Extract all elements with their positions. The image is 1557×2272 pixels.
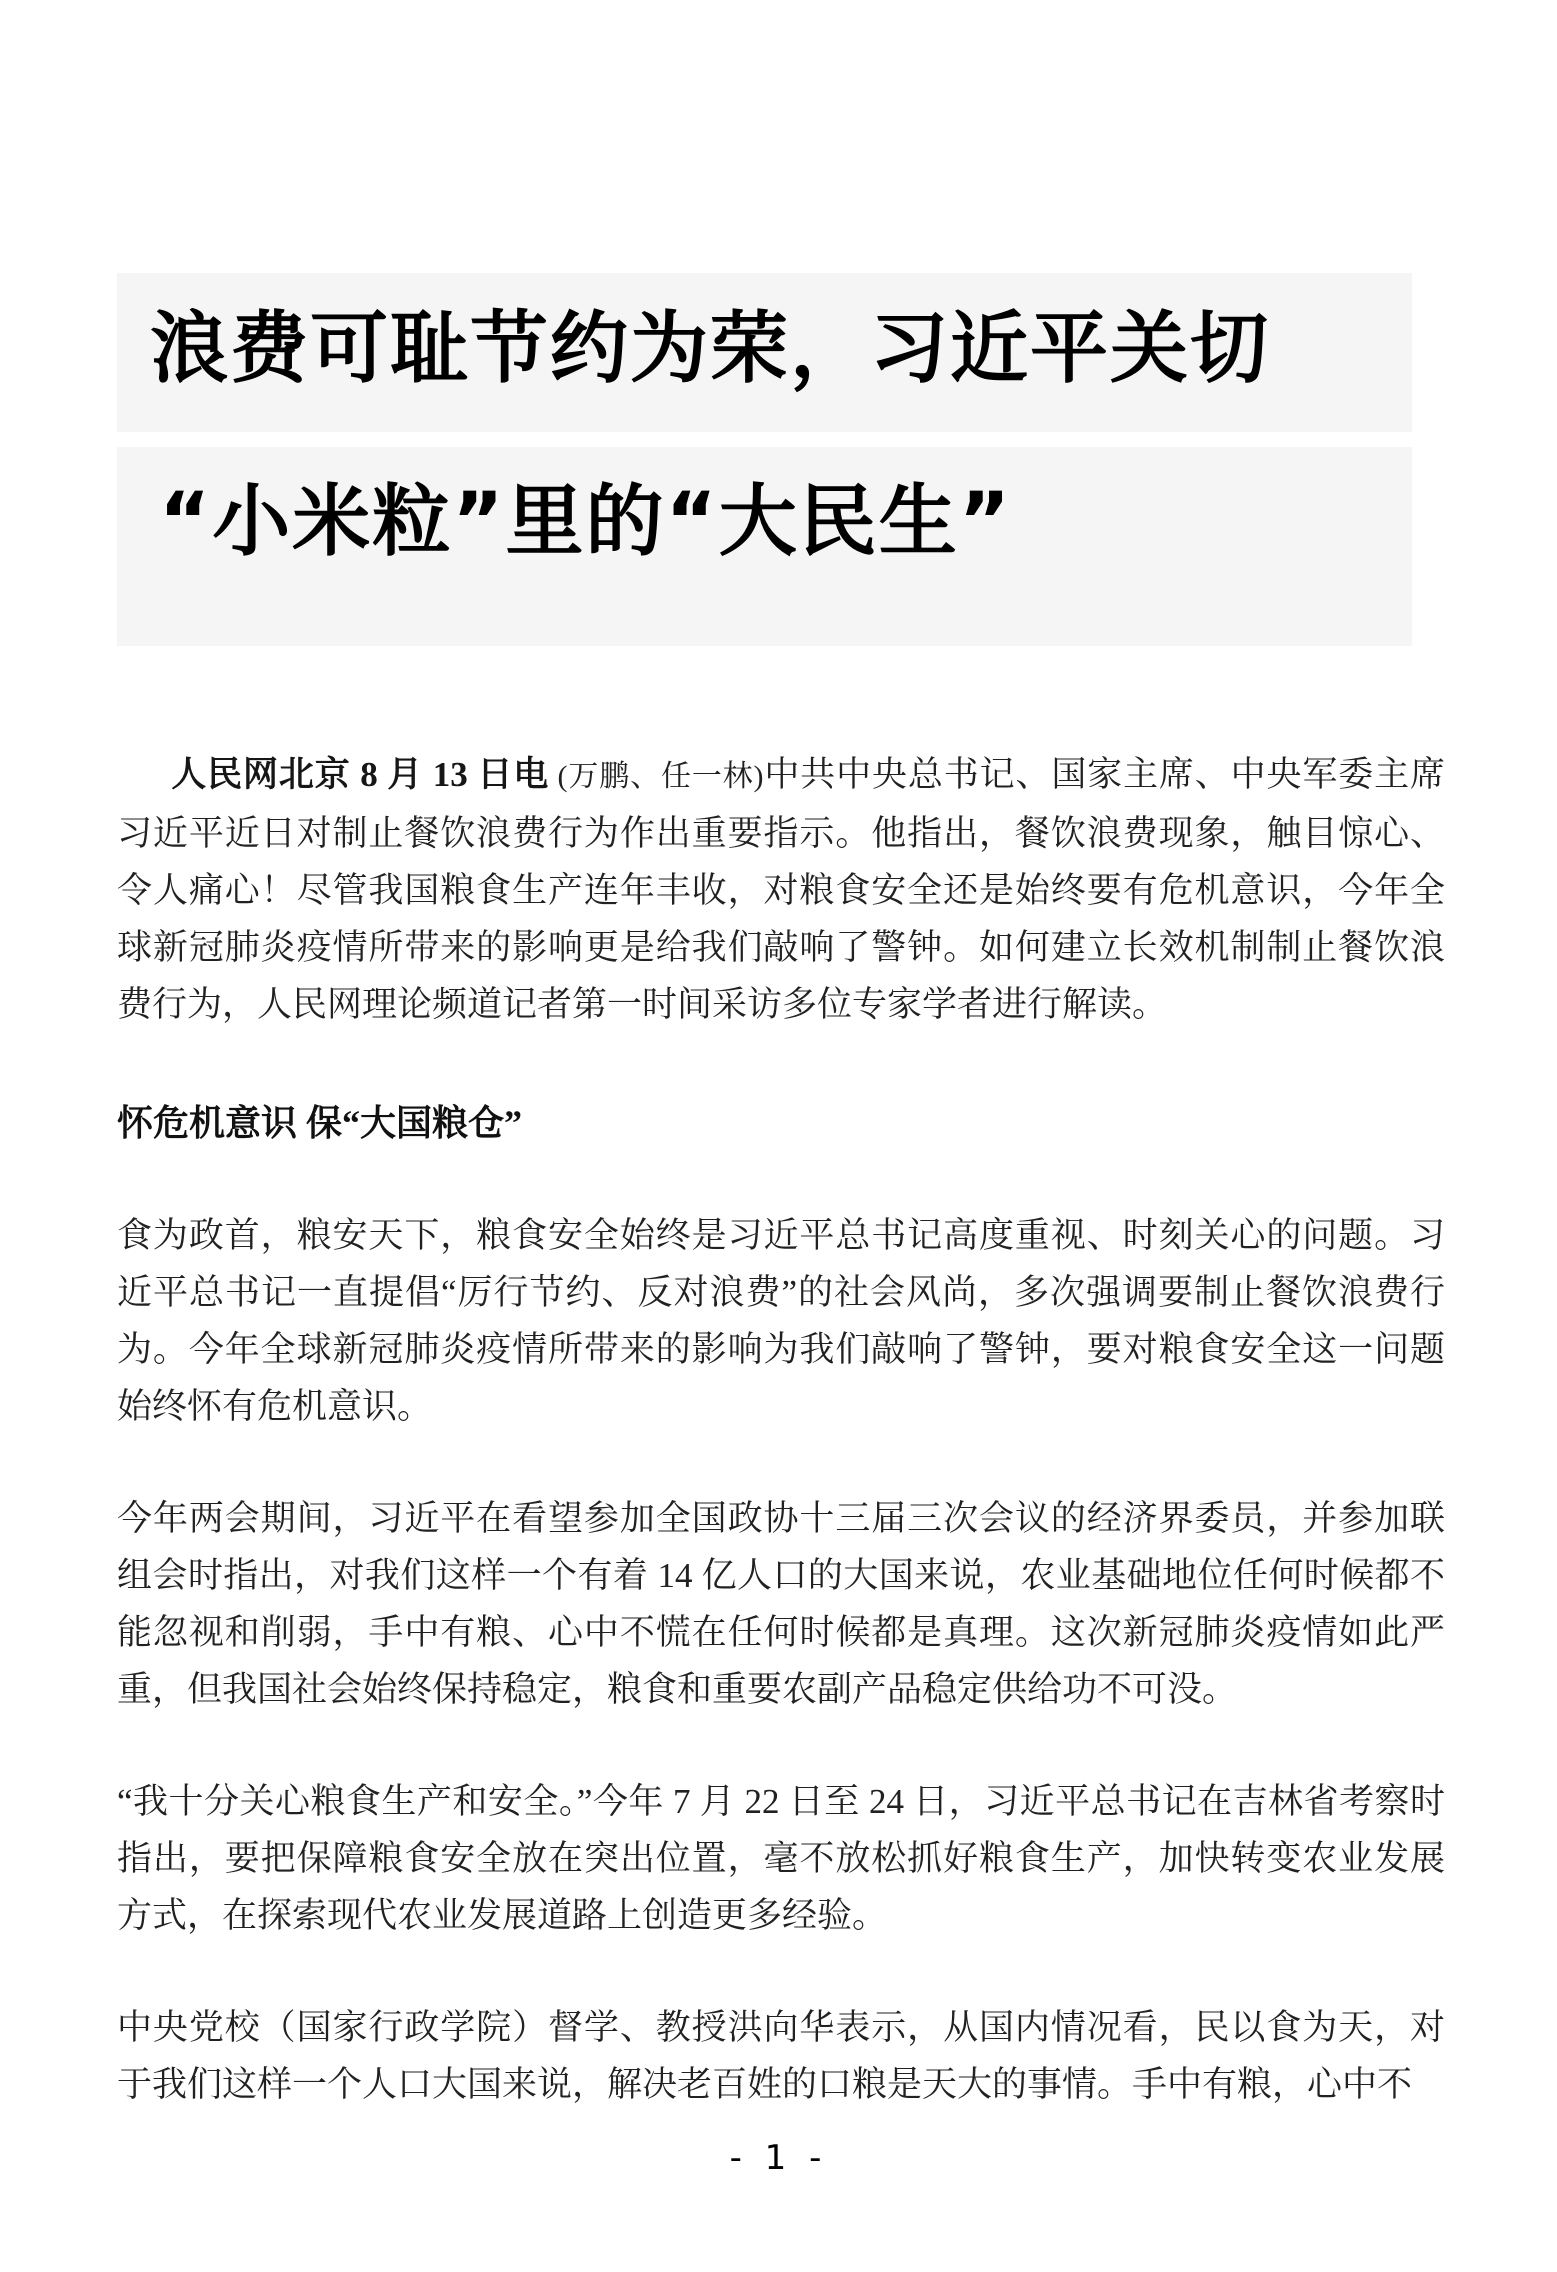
lead-dateline: 人民网北京 8 月 13 日电 — [171, 755, 549, 794]
document-page: 浪费可耻节约为荣，习近平关切 “小米粒”里的“大民生” 人民网北京 8 月 13… — [0, 0, 1557, 2272]
lead-text: 中共中央总书记、国家主席、中央军委主席习近平近日对制止餐饮浪费行为作出重要指示。… — [117, 755, 1445, 1024]
body-paragraph: 今年两会期间，习近平在看望参加全国政协十三届三次会议的经济界委员，并参加联组会时… — [117, 1490, 1445, 1718]
lead-byline: (万鹏、任一林) — [549, 760, 763, 793]
headline-gap — [117, 432, 1412, 447]
page-number: - 1 - — [0, 2138, 1557, 2178]
headline-line-1: 浪费可耻节约为荣，习近平关切 — [117, 273, 1412, 432]
body-paragraph: 食为政首，粮安天下，粮食安全始终是习近平总书记高度重视、时刻关心的问题。习近平总… — [117, 1207, 1445, 1435]
article-body: 人民网北京 8 月 13 日电 (万鹏、任一林)中共中央总书记、国家主席、中央军… — [117, 746, 1445, 2113]
body-paragraph: “我十分关心粮食生产和安全。”今年 7 月 22 日至 24 日，习近平总书记在… — [117, 1773, 1445, 1944]
section-heading: 怀危机意识 保“大国粮仓” — [117, 1095, 1445, 1152]
lead-paragraph: 人民网北京 8 月 13 日电 (万鹏、任一林)中共中央总书记、国家主席、中央军… — [117, 746, 1445, 1033]
body-paragraph: 中央党校（国家行政学院）督学、教授洪向华表示，从国内情况看，民以食为天，对于我们… — [117, 1999, 1445, 2113]
article-headline: 浪费可耻节约为荣，习近平关切 “小米粒”里的“大民生” — [117, 273, 1412, 646]
headline-line-2: “小米粒”里的“大民生” — [117, 447, 1412, 646]
